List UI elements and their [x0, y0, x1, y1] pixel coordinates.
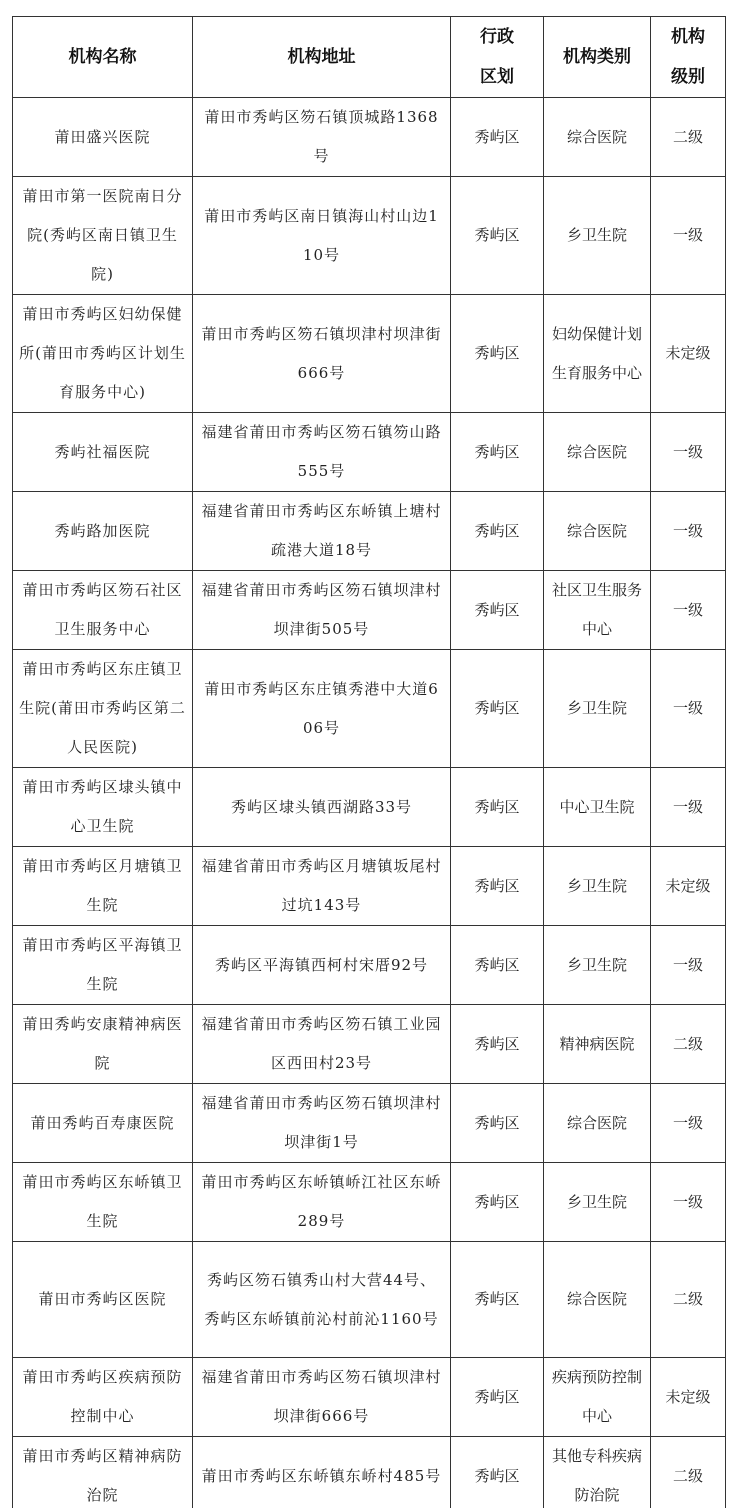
cell-level: 一级 — [651, 1163, 726, 1242]
cell-name: 莆田市秀屿区埭头镇中心卫生院 — [13, 768, 193, 847]
table-row: 莆田市秀屿区笏石社区卫生服务中心福建省莆田市秀屿区笏石镇坝津村坝津街505号秀屿… — [13, 571, 726, 650]
cell-address: 莆田市秀屿区笏石镇顶城路1368号 — [193, 98, 451, 177]
cell-category: 综合医院 — [544, 413, 651, 492]
cell-category: 妇幼保健计划生育服务中心 — [544, 295, 651, 413]
cell-address: 秀屿区平海镇西柯村宋厝92号 — [193, 926, 451, 1005]
cell-district: 秀屿区 — [451, 926, 544, 1005]
cell-district: 秀屿区 — [451, 1005, 544, 1084]
table-row: 莆田市秀屿区医院秀屿区笏石镇秀山村大营44号、秀屿区东峤镇前沁村前沁1160号秀… — [13, 1242, 726, 1358]
cell-address: 福建省莆田市秀屿区月塘镇坂尾村过坑143号 — [193, 847, 451, 926]
cell-level: 二级 — [651, 1437, 726, 1508]
cell-category: 综合医院 — [544, 98, 651, 177]
cell-address: 秀屿区笏石镇秀山村大营44号、秀屿区东峤镇前沁村前沁1160号 — [193, 1242, 451, 1358]
cell-name: 秀屿社福医院 — [13, 413, 193, 492]
header-level: 机构级别 — [651, 17, 726, 98]
cell-level: 未定级 — [651, 847, 726, 926]
cell-name: 莆田秀屿安康精神病医院 — [13, 1005, 193, 1084]
cell-category: 乡卫生院 — [544, 847, 651, 926]
header-row: 机构名称 机构地址 行政区划 机构类别 机构级别 — [13, 17, 726, 98]
cell-district: 秀屿区 — [451, 413, 544, 492]
cell-category: 乡卫生院 — [544, 650, 651, 768]
cell-address: 莆田市秀屿区东峤镇东峤村485号 — [193, 1437, 451, 1508]
table-row: 莆田市秀屿区精神病防治院莆田市秀屿区东峤镇东峤村485号秀屿区其他专科疾病防治院… — [13, 1437, 726, 1508]
header-district: 行政区划 — [451, 17, 544, 98]
header-name: 机构名称 — [13, 17, 193, 98]
cell-district: 秀屿区 — [451, 295, 544, 413]
institution-table: 机构名称 机构地址 行政区划 机构类别 机构级别 莆田盛兴医院莆田市秀屿区笏石镇… — [12, 16, 726, 1508]
table-row: 莆田市秀屿区疾病预防控制中心福建省莆田市秀屿区笏石镇坝津村坝津街666号秀屿区疾… — [13, 1358, 726, 1437]
cell-name: 莆田市秀屿区医院 — [13, 1242, 193, 1358]
table-row: 莆田盛兴医院莆田市秀屿区笏石镇顶城路1368号秀屿区综合医院二级 — [13, 98, 726, 177]
cell-name: 莆田市秀屿区平海镇卫生院 — [13, 926, 193, 1005]
header-category: 机构类别 — [544, 17, 651, 98]
table-row: 莆田市秀屿区东峤镇卫生院莆田市秀屿区东峤镇峤江社区东峤289号秀屿区乡卫生院一级 — [13, 1163, 726, 1242]
cell-category: 精神病医院 — [544, 1005, 651, 1084]
cell-name: 莆田市秀屿区笏石社区卫生服务中心 — [13, 571, 193, 650]
cell-district: 秀屿区 — [451, 768, 544, 847]
cell-name: 莆田市秀屿区疾病预防控制中心 — [13, 1358, 193, 1437]
cell-name: 秀屿路加医院 — [13, 492, 193, 571]
cell-category: 中心卫生院 — [544, 768, 651, 847]
cell-level: 一级 — [651, 177, 726, 295]
cell-level: 未定级 — [651, 1358, 726, 1437]
cell-district: 秀屿区 — [451, 1437, 544, 1508]
cell-category: 疾病预防控制中心 — [544, 1358, 651, 1437]
cell-district: 秀屿区 — [451, 847, 544, 926]
cell-district: 秀屿区 — [451, 98, 544, 177]
cell-category: 社区卫生服务中心 — [544, 571, 651, 650]
cell-address: 莆田市秀屿区东庄镇秀港中大道606号 — [193, 650, 451, 768]
cell-name: 莆田市秀屿区妇幼保健所(莆田市秀屿区计划生育服务中心) — [13, 295, 193, 413]
cell-category: 乡卫生院 — [544, 1163, 651, 1242]
cell-district: 秀屿区 — [451, 1358, 544, 1437]
table-row: 莆田市秀屿区妇幼保健所(莆田市秀屿区计划生育服务中心)莆田市秀屿区笏石镇坝津村坝… — [13, 295, 726, 413]
cell-address: 福建省莆田市秀屿区笏石镇坝津村坝津街1号 — [193, 1084, 451, 1163]
cell-level: 一级 — [651, 571, 726, 650]
cell-address: 秀屿区埭头镇西湖路33号 — [193, 768, 451, 847]
table-row: 莆田秀屿安康精神病医院福建省莆田市秀屿区笏石镇工业园区西田村23号秀屿区精神病医… — [13, 1005, 726, 1084]
table-row: 莆田秀屿百寿康医院福建省莆田市秀屿区笏石镇坝津村坝津街1号秀屿区综合医院一级 — [13, 1084, 726, 1163]
cell-category: 乡卫生院 — [544, 926, 651, 1005]
cell-level: 一级 — [651, 650, 726, 768]
cell-name: 莆田市秀屿区东庄镇卫生院(莆田市秀屿区第二人民医院) — [13, 650, 193, 768]
cell-category: 综合医院 — [544, 1084, 651, 1163]
cell-level: 一级 — [651, 1084, 726, 1163]
cell-level: 二级 — [651, 1005, 726, 1084]
cell-name: 莆田市第一医院南日分院(秀屿区南日镇卫生院) — [13, 177, 193, 295]
table-row: 莆田市第一医院南日分院(秀屿区南日镇卫生院)莆田市秀屿区南日镇海山村山边110号… — [13, 177, 726, 295]
cell-district: 秀屿区 — [451, 571, 544, 650]
cell-level: 一级 — [651, 926, 726, 1005]
cell-level: 一级 — [651, 413, 726, 492]
cell-address: 福建省莆田市秀屿区笏石镇工业园区西田村23号 — [193, 1005, 451, 1084]
cell-district: 秀屿区 — [451, 1242, 544, 1358]
cell-level: 未定级 — [651, 295, 726, 413]
table-row: 秀屿路加医院福建省莆田市秀屿区东峤镇上塘村疏港大道18号秀屿区综合医院一级 — [13, 492, 726, 571]
cell-level: 二级 — [651, 1242, 726, 1358]
cell-category: 乡卫生院 — [544, 177, 651, 295]
table-row: 莆田市秀屿区东庄镇卫生院(莆田市秀屿区第二人民医院)莆田市秀屿区东庄镇秀港中大道… — [13, 650, 726, 768]
cell-address: 莆田市秀屿区南日镇海山村山边110号 — [193, 177, 451, 295]
cell-name: 莆田秀屿百寿康医院 — [13, 1084, 193, 1163]
table-row: 莆田市秀屿区月塘镇卫生院福建省莆田市秀屿区月塘镇坂尾村过坑143号秀屿区乡卫生院… — [13, 847, 726, 926]
cell-category: 其他专科疾病防治院 — [544, 1437, 651, 1508]
cell-address: 莆田市秀屿区东峤镇峤江社区东峤289号 — [193, 1163, 451, 1242]
table-row: 莆田市秀屿区埭头镇中心卫生院秀屿区埭头镇西湖路33号秀屿区中心卫生院一级 — [13, 768, 726, 847]
cell-level: 一级 — [651, 768, 726, 847]
cell-district: 秀屿区 — [451, 650, 544, 768]
cell-name: 莆田盛兴医院 — [13, 98, 193, 177]
table-row: 秀屿社福医院福建省莆田市秀屿区笏石镇笏山路555号秀屿区综合医院一级 — [13, 413, 726, 492]
cell-address: 福建省莆田市秀屿区笏石镇坝津村坝津街666号 — [193, 1358, 451, 1437]
cell-district: 秀屿区 — [451, 492, 544, 571]
cell-district: 秀屿区 — [451, 177, 544, 295]
table-row: 莆田市秀屿区平海镇卫生院秀屿区平海镇西柯村宋厝92号秀屿区乡卫生院一级 — [13, 926, 726, 1005]
header-address: 机构地址 — [193, 17, 451, 98]
cell-address: 福建省莆田市秀屿区笏石镇笏山路555号 — [193, 413, 451, 492]
cell-category: 综合医院 — [544, 492, 651, 571]
cell-name: 莆田市秀屿区精神病防治院 — [13, 1437, 193, 1508]
cell-address: 福建省莆田市秀屿区东峤镇上塘村疏港大道18号 — [193, 492, 451, 571]
cell-category: 综合医院 — [544, 1242, 651, 1358]
cell-address: 福建省莆田市秀屿区笏石镇坝津村坝津街505号 — [193, 571, 451, 650]
cell-district: 秀屿区 — [451, 1084, 544, 1163]
cell-level: 一级 — [651, 492, 726, 571]
cell-name: 莆田市秀屿区东峤镇卫生院 — [13, 1163, 193, 1242]
cell-level: 二级 — [651, 98, 726, 177]
cell-district: 秀屿区 — [451, 1163, 544, 1242]
cell-address: 莆田市秀屿区笏石镇坝津村坝津街666号 — [193, 295, 451, 413]
cell-name: 莆田市秀屿区月塘镇卫生院 — [13, 847, 193, 926]
